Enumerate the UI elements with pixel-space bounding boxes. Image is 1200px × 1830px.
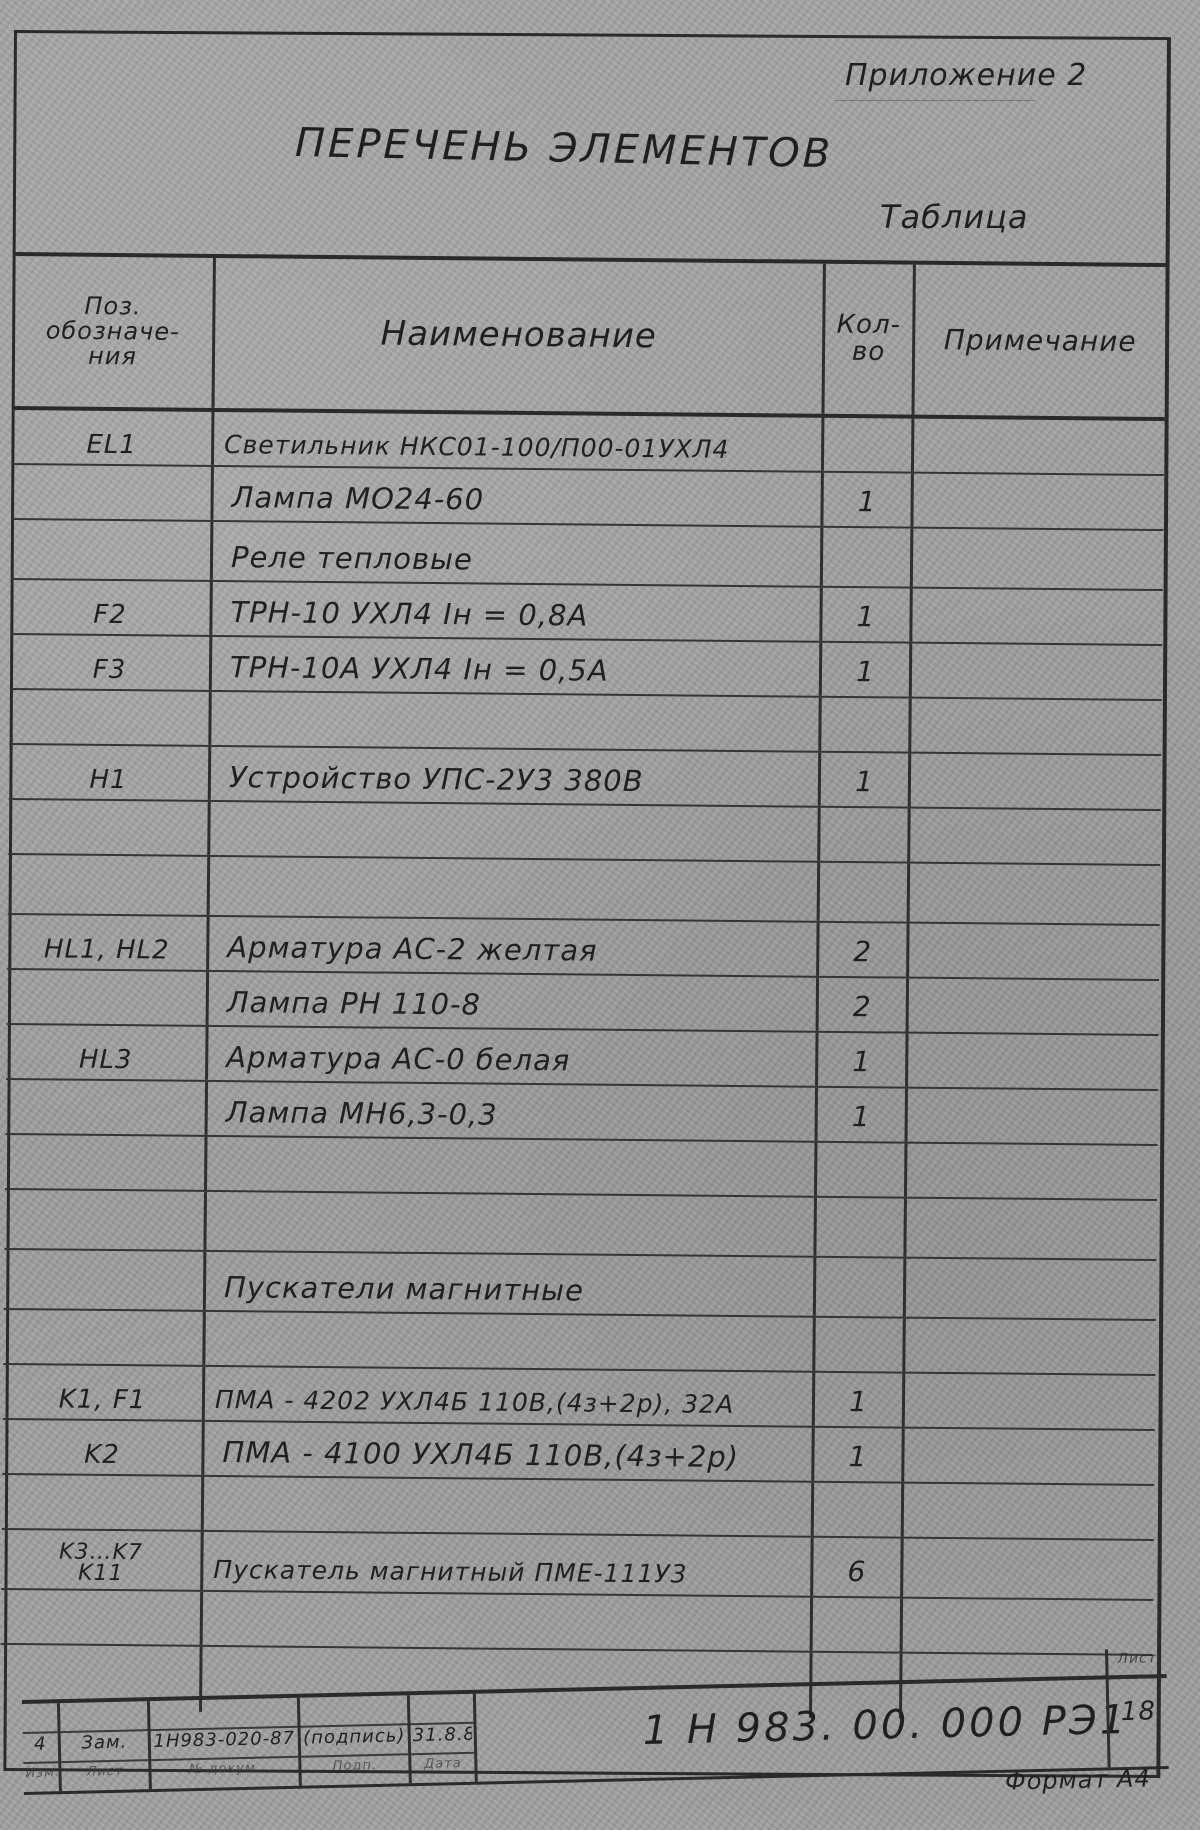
cell-quantity: 1 — [822, 643, 913, 697]
sheet-divider — [1109, 1676, 1167, 1679]
cell-quantity: 1 — [815, 1373, 906, 1427]
revision-column: 4Изм. — [22, 1703, 62, 1792]
header-position-text: Поз. обозначе- ния — [45, 294, 180, 371]
quantity-text: 1 — [818, 1103, 905, 1132]
cell-quantity: 2 — [819, 978, 910, 1032]
name-text: Лампа МО24-60 — [232, 483, 485, 514]
appendix-label: Приложение 2 — [845, 58, 1087, 93]
cell-name — [203, 1592, 813, 1651]
position-text — [8, 847, 207, 849]
cell-name: Пускатели магнитные — [206, 1252, 817, 1316]
cell-position — [5, 1135, 207, 1190]
header-note: Примечание — [914, 265, 1165, 417]
position-text: F3 — [10, 656, 209, 684]
document-code: 1 Н 983. 00. 000 РЭ1 — [642, 1697, 1129, 1754]
cell-quantity: 1 — [814, 1428, 905, 1482]
revision-value: 4 — [25, 1733, 56, 1755]
revision-label: № докум. — [153, 1760, 296, 1778]
cell-quantity — [821, 698, 912, 752]
revision-label: Лист — [63, 1763, 146, 1780]
name-text: Арматура АС-2 желтая — [227, 933, 597, 966]
position-text — [7, 1017, 206, 1019]
cell-quantity — [817, 1143, 908, 1197]
revision-column: Зам.Лист — [60, 1701, 152, 1791]
table-header: Поз. обозначе- ния Наименование Кол- во … — [12, 252, 1165, 421]
cell-note — [906, 1259, 1157, 1319]
position-text: F2 — [10, 601, 209, 629]
cell-position — [4, 1250, 207, 1310]
revision-label: Подп. — [303, 1757, 406, 1774]
sheet-box: Лист 18 — [1105, 1648, 1169, 1767]
cell-position — [8, 855, 211, 915]
sheet-label: Лист — [1108, 1650, 1166, 1667]
quantity-text: 2 — [819, 938, 906, 967]
quantity-text — [824, 461, 911, 462]
table-row: Пускатели магнитные — [4, 1250, 1157, 1321]
position-text: K1, F1 — [3, 1386, 202, 1414]
cell-name: Светильник НКС01-100/П00-01УХЛ4 — [214, 412, 824, 471]
quantity-text — [817, 1186, 904, 1187]
header-position: Поз. обозначе- ния — [13, 256, 216, 408]
quantity-text — [823, 576, 910, 577]
name-text: ПМА - 4100 УХЛ4Б 110В,(4з+2р) — [222, 1438, 739, 1472]
cell-quantity — [813, 1598, 904, 1652]
name-text: ТРН-10А УХЛ4 Iн = 0,5А — [230, 653, 609, 686]
revision-label: Дата — [413, 1756, 472, 1772]
revision-value: 1Н983-020-87 — [153, 1728, 296, 1752]
name-text: Реле тепловые — [231, 543, 473, 574]
quantity-text — [820, 911, 907, 912]
cell-note — [909, 924, 1159, 979]
cell-position — [8, 800, 210, 855]
position-text — [6, 1127, 205, 1129]
cell-quantity — [820, 808, 911, 862]
quantity-text — [820, 851, 907, 852]
cell-note — [912, 644, 1162, 699]
position-text — [12, 512, 211, 514]
quantity-text — [821, 741, 908, 742]
cell-name — [204, 1477, 814, 1536]
cell-quantity: 1 — [822, 588, 913, 642]
position-text: K3…K7 K11 — [1, 1542, 200, 1586]
position-text: H1 — [9, 766, 208, 794]
quantity-text — [813, 1641, 900, 1642]
header-name: Наименование — [215, 258, 826, 414]
position-text — [1, 1637, 200, 1639]
cell-quantity — [824, 418, 915, 472]
cell-name: Лампа МО24-60 — [213, 467, 823, 526]
cell-note — [906, 1199, 1157, 1259]
cell-note — [904, 1484, 1154, 1539]
cell-quantity — [816, 1198, 907, 1257]
cell-name — [205, 1312, 815, 1371]
cell-name: ТРН-10А УХЛ4 Iн = 0,5А — [212, 637, 822, 696]
name-text: Пускатель магнитный ПМЕ-111У3 — [213, 1557, 687, 1587]
elements-table: Поз. обозначе- ния Наименование Кол- во … — [0, 252, 1166, 1721]
cell-name: Лампа РН 110-8 — [209, 972, 819, 1031]
cell-note — [904, 1429, 1154, 1484]
cell-name: ПМА - 4202 УХЛ4Б 110В,(4з+2р), 32А — [205, 1367, 815, 1426]
cell-position: K2 — [2, 1420, 204, 1475]
name-text: Светильник НКС01-100/П00-01УХЛ4 — [224, 432, 729, 462]
header-quantity: Кол- во — [824, 264, 915, 415]
header-name-text: Наименование — [380, 317, 657, 355]
name-text: Устройство УПС-2У3 380В — [229, 763, 644, 796]
cell-name: Реле тепловые — [213, 522, 824, 586]
cell-name — [207, 1137, 817, 1196]
quantity-text — [814, 1526, 901, 1527]
cell-position: F3 — [10, 635, 212, 690]
cell-note — [903, 1599, 1153, 1654]
cell-position — [11, 520, 214, 580]
cell-note — [903, 1539, 1154, 1599]
position-text: EL1 — [12, 431, 211, 459]
position-text — [2, 1522, 201, 1524]
table-body: EL1Светильник НКС01-100/П00-01УХЛ4Лампа … — [0, 410, 1164, 1721]
cell-quantity — [816, 1258, 907, 1317]
name-text: Пускатели магнитные — [224, 1273, 584, 1305]
quantity-text: 6 — [813, 1558, 900, 1587]
header-quantity-text: Кол- во — [836, 312, 901, 367]
cell-note — [905, 1319, 1155, 1374]
cell-position: HL3 — [6, 1025, 208, 1080]
revision-value: 31.8.87 — [413, 1724, 472, 1746]
cell-position — [2, 1475, 204, 1530]
cell-name: Устройство УПС-2У3 380В — [211, 747, 821, 806]
cell-note — [913, 474, 1163, 529]
cell-note — [911, 699, 1161, 754]
table-row: Реле тепловые — [11, 520, 1164, 591]
cell-name — [210, 857, 821, 921]
position-text — [3, 1357, 202, 1359]
position-text: HL1, HL2 — [7, 936, 206, 964]
revision-column: (подпись)Подп. — [300, 1695, 412, 1785]
cell-note — [913, 529, 1164, 589]
cell-position: K3…K7 K11 — [1, 1530, 204, 1590]
revision-grid: 4Изм.Зам.Лист1Н983-020-87№ докум.(подпис… — [22, 1694, 478, 1792]
cell-name — [206, 1192, 817, 1256]
cell-name: Пускатель магнитный ПМЕ-111У3 — [203, 1532, 814, 1596]
position-text: HL3 — [6, 1046, 205, 1074]
cell-quantity: 1 — [823, 473, 914, 527]
cell-quantity — [820, 863, 911, 922]
cell-position — [7, 970, 209, 1025]
position-text — [5, 1182, 204, 1184]
position-text — [4, 1302, 203, 1304]
name-text: Лампа МН6,3-0,3 — [226, 1098, 498, 1130]
cell-position — [1, 1590, 203, 1645]
name-text: ПМА - 4202 УХЛ4Б 110В,(4з+2р), 32А — [215, 1387, 734, 1417]
table-row: K3…K7 K11Пускатель магнитный ПМЕ-111У36 — [1, 1530, 1154, 1601]
format-label: Формат А4 — [1005, 1764, 1151, 1795]
position-text — [9, 737, 208, 739]
table-label: Таблица — [880, 198, 1029, 236]
quantity-text: 1 — [822, 658, 909, 687]
grid-line — [23, 1761, 58, 1764]
cell-position: H1 — [9, 745, 211, 800]
revision-value: (подпись) — [303, 1725, 406, 1748]
quantity-text: 1 — [821, 768, 908, 797]
position-text: K2 — [2, 1441, 201, 1469]
cell-quantity — [815, 1318, 906, 1372]
cell-quantity: 1 — [821, 753, 912, 807]
position-text — [11, 572, 210, 574]
position-text — [4, 1242, 203, 1244]
header-note-text: Примечание — [944, 325, 1137, 356]
cell-quantity: 1 — [818, 1033, 909, 1087]
quantity-text: 1 — [814, 1443, 901, 1472]
cell-note — [908, 1089, 1158, 1144]
cell-position — [6, 1080, 208, 1135]
cell-note — [914, 419, 1164, 474]
name-text: Арматура АС-0 белая — [226, 1043, 570, 1075]
quantity-text — [815, 1361, 902, 1362]
quantity-text: 1 — [815, 1388, 902, 1417]
cell-position: EL1 — [12, 410, 214, 465]
cell-position: HL1, HL2 — [7, 915, 209, 970]
cell-name: Арматура АС-2 желтая — [209, 917, 819, 976]
cell-note — [910, 809, 1160, 864]
cell-name: Арматура АС-0 белая — [208, 1027, 818, 1086]
cell-quantity — [814, 1483, 905, 1537]
revision-label: Изм. — [25, 1765, 56, 1781]
cell-name: ПМА - 4100 УХЛ4Б 110В,(4з+2р) — [204, 1422, 814, 1481]
quantity-text: 1 — [824, 488, 911, 517]
name-text: Лампа РН 110-8 — [227, 988, 481, 1019]
cell-name: Лампа МН6,3-0,3 — [208, 1082, 818, 1141]
position-text — [8, 907, 207, 909]
cell-quantity — [823, 528, 914, 587]
cell-note — [909, 979, 1159, 1034]
quantity-text — [816, 1306, 903, 1307]
appendix-underline — [835, 100, 1035, 101]
cell-quantity: 6 — [813, 1538, 904, 1597]
cell-quantity: 1 — [818, 1088, 909, 1142]
cell-name — [211, 692, 821, 751]
quantity-text: 2 — [819, 993, 906, 1022]
table-row — [8, 855, 1161, 926]
quantity-text: 1 — [818, 1048, 905, 1077]
sheet-number: 18 — [1109, 1696, 1168, 1727]
cell-name — [210, 802, 820, 861]
revision-column: 31.8.87Дата — [410, 1694, 478, 1783]
table-row — [4, 1190, 1157, 1261]
cell-position: F2 — [10, 580, 212, 635]
revision-column: 1Н983-020-87№ докум. — [150, 1698, 302, 1789]
cell-note — [907, 1144, 1157, 1199]
grid-line — [411, 1752, 474, 1755]
revision-value: Зам. — [63, 1731, 146, 1754]
cell-note — [910, 864, 1161, 924]
cell-name: ТРН-10 УХЛ4 Iн = 0,8А — [212, 582, 822, 641]
name-text: ТРН-10 УХЛ4 Iн = 0,8А — [230, 598, 588, 630]
cell-position — [11, 465, 213, 520]
margin-handwriting — [0, 1430, 24, 1810]
cell-note — [912, 589, 1162, 644]
cell-position: K1, F1 — [3, 1365, 205, 1420]
cell-note — [908, 1034, 1158, 1089]
cell-quantity: 2 — [819, 923, 910, 977]
cell-position — [9, 690, 211, 745]
cell-position — [3, 1310, 205, 1365]
quantity-text — [816, 1246, 903, 1247]
cell-note — [911, 754, 1161, 809]
cell-note — [905, 1374, 1155, 1429]
cell-position — [4, 1190, 207, 1250]
quantity-text: 1 — [822, 603, 909, 632]
